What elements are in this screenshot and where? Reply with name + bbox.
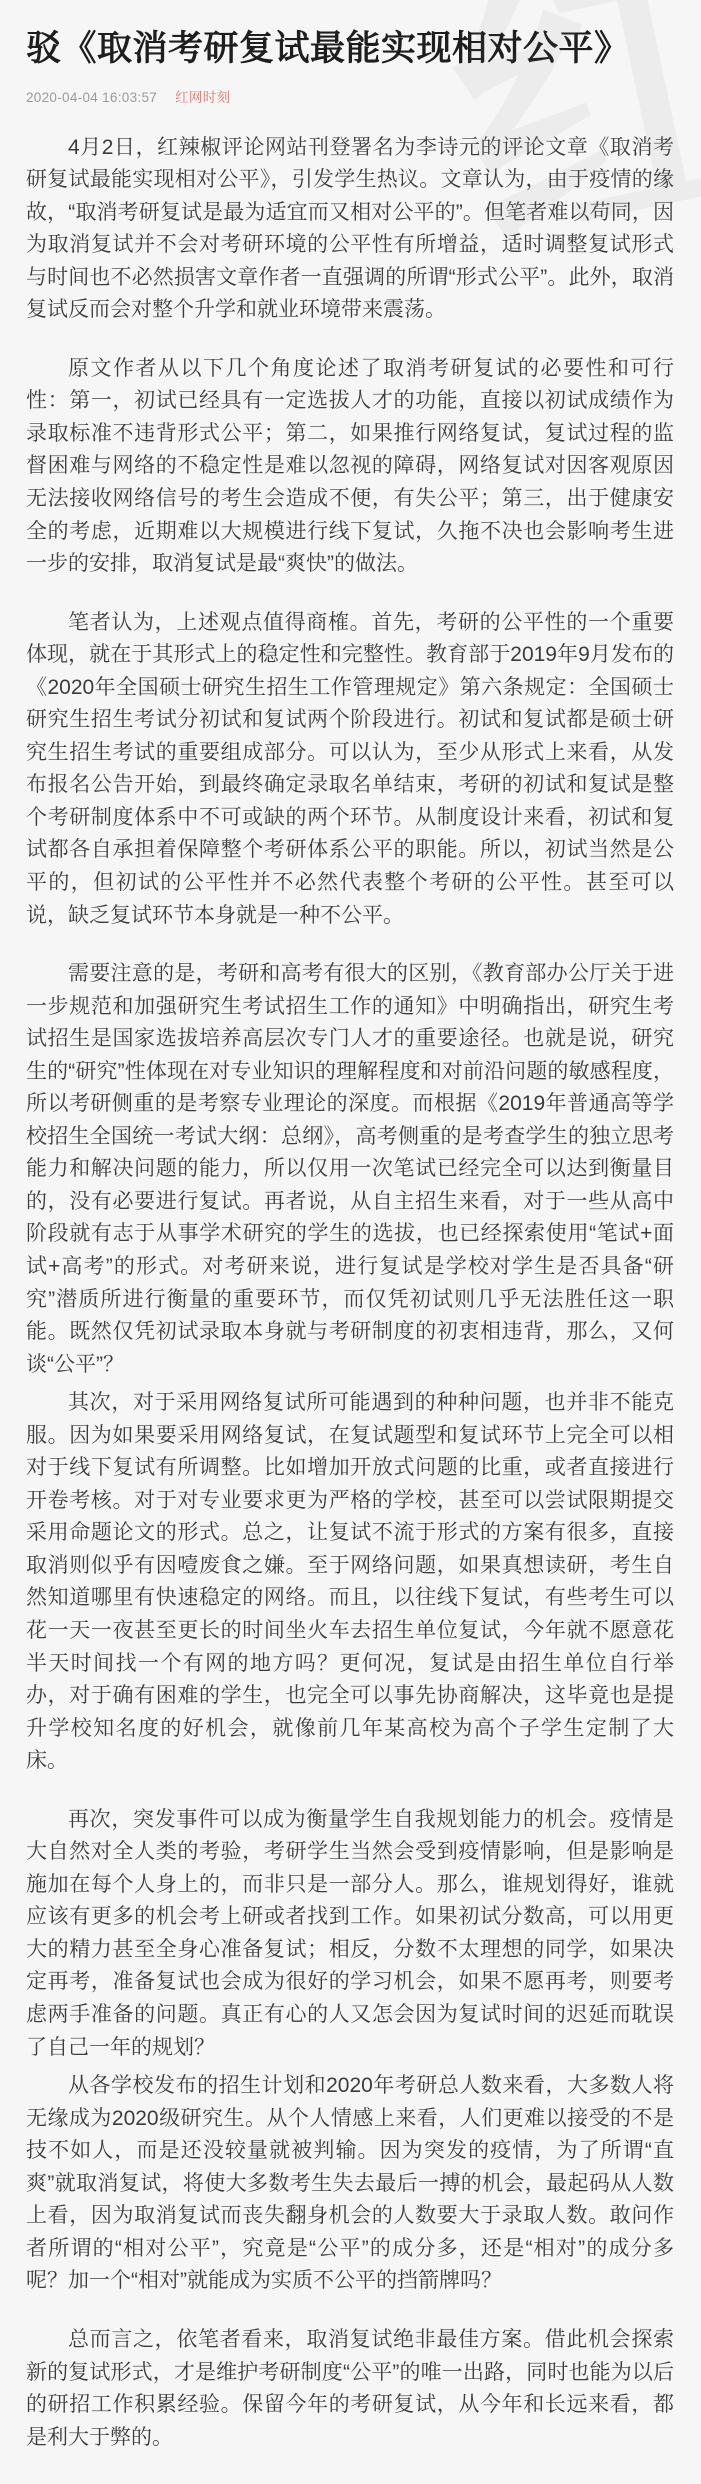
paragraph-second-rebuttal: 其次，对于采用网络复试所可能遇到的种种问题，也并非不能克服。因为如果要采用网络复…	[26, 1387, 674, 1778]
article-body: 4月2日，红辣椒评论网站刊登署名为李诗元的评论文章《取消考研复试最能实现相对公平…	[26, 132, 674, 2455]
article-meta: 2020-04-04 16:03:57 红网时刻	[26, 86, 674, 106]
paragraph-original-arguments: 原文作者从以下几个角度论述了取消考研复试的必要性和可行性：第一，初试已经具有一定…	[26, 353, 674, 581]
paragraph-kaoyan-vs-gaokao: 需要注意的是，考研和高考有很大的区别，《教育部办公厅关于进一步规范和加强研究生考…	[26, 958, 674, 1381]
paragraph-intro: 4月2日，红辣椒评论网站刊登署名为李诗元的评论文章《取消考研复试最能实现相对公平…	[26, 132, 674, 327]
paragraph-first-rebuttal: 笔者认为，上述观点值得商榷。首先，考研的公平性的一个重要体现，就在于其形式上的稳…	[26, 607, 674, 932]
paragraph-third-rebuttal: 再次，突发事件可以成为衡量学生自我规划能力的机会。疫情是大自然对全人类的考验，考…	[26, 1804, 674, 2064]
article-page: 红 驳《取消考研复试最能实现相对公平》 2020-04-04 16:03:57 …	[0, 0, 701, 2484]
page-title: 驳《取消考研复试最能实现相对公平》	[26, 26, 674, 72]
paragraph-conclusion: 总而言之，依笔者看来，取消复试绝非最佳方案。借此机会探索新的复试形式，才是维护考…	[26, 2324, 674, 2454]
publish-timestamp: 2020-04-04 16:03:57	[26, 90, 157, 105]
paragraph-enrollment-numbers: 从各学校发布的招生计划和2020年考研总人数来看，大多数人将无缘成为2020级研…	[26, 2070, 674, 2298]
source-label: 红网时刻	[175, 90, 230, 105]
